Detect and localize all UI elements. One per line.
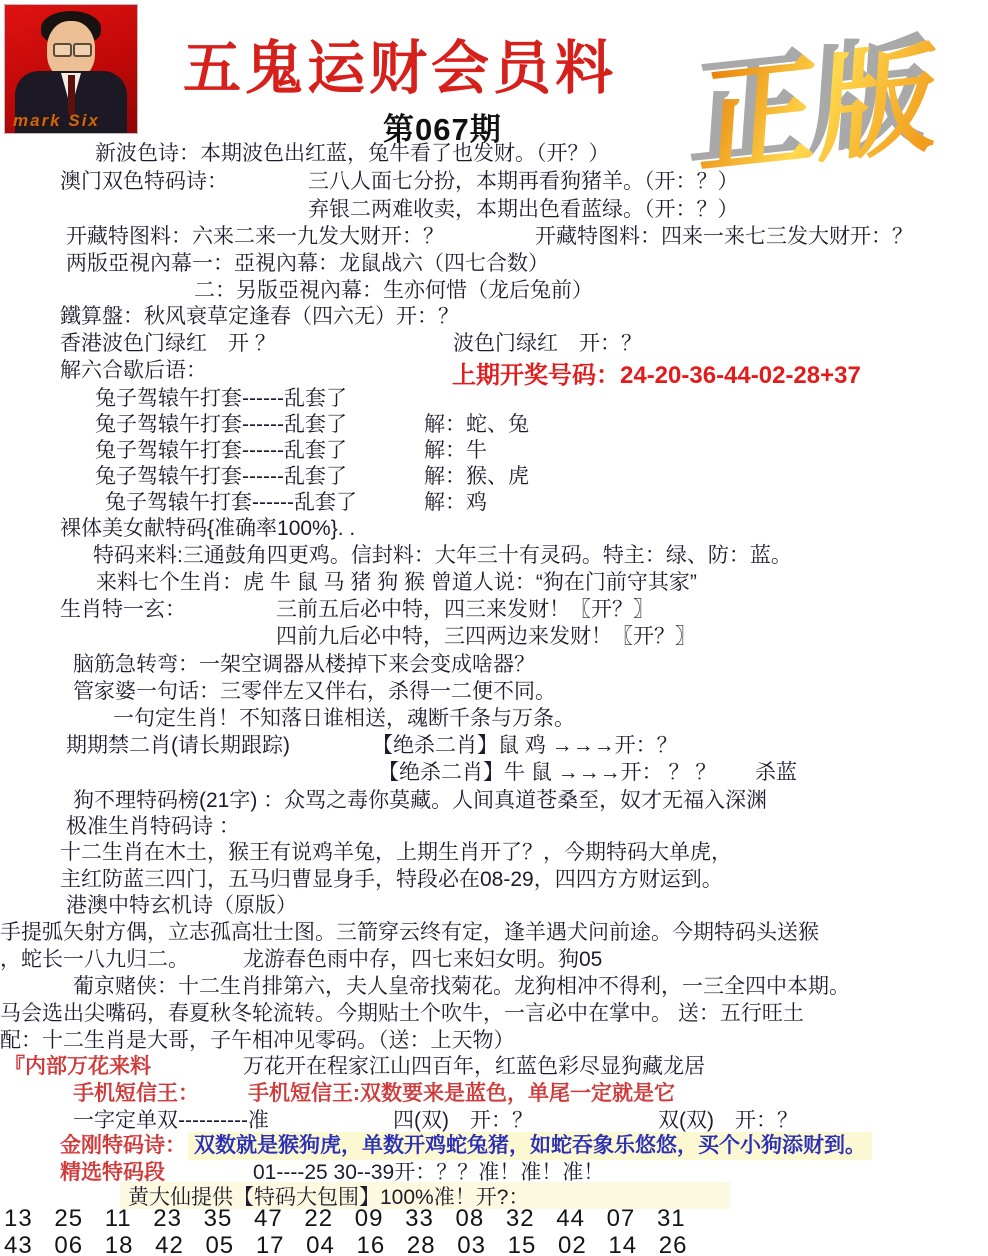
riddle-answer-4: 解：鸡 <box>424 490 487 516</box>
atv-insider-1: 两版亞視內幕一：亞視內幕：龙鼠战六（四七合数） <box>66 251 549 277</box>
vajra-poem: 双数就是猴狗虎，单数开鸡蛇兔猪，如蛇吞象乐悠悠，买个小狗添财到。 <box>188 1132 872 1160</box>
sms-text: 手机短信王:双数要来是蓝色，单尾一定就是它 <box>248 1081 675 1107</box>
iron-abacus: 鐵算盤：秋风衰草定逢春（四六无）开：？ <box>60 304 459 330</box>
riddle-line-5: 兔子驾辕午打套------乱套了 <box>105 490 357 516</box>
brain-teaser: 脑筋急转弯：一架空调器从楼掉下来会变成啥器？ <box>73 652 535 678</box>
gangao-header: 港澳中特玄机诗（原版） <box>66 893 297 919</box>
riddle-line-1: 兔子驾辕午打套------乱套了 <box>95 386 347 412</box>
photo-watermark: mark Six <box>13 111 133 131</box>
internal-label: 『内部万花来料 <box>4 1054 151 1080</box>
hk-wave-right: 波色门绿红 开：？ <box>453 331 642 357</box>
last-draw-numbers: 上期开奖号码：24-20-36-44-02-28+37 <box>452 363 861 389</box>
housekeeper-words: 管家婆一句话：三零伴左又伴右，杀得一二便不同。 <box>73 679 556 705</box>
glasses-icon <box>53 43 89 53</box>
atv-insider-2: 二：另版亞視內幕：生亦何惜（龙后兔前） <box>194 278 593 304</box>
nude-special: 裸体美女献特码{准确率100%}. . <box>60 516 355 542</box>
macau-poem-1: 三八人面七分扮，本期再看狗猪羊。（开：？） <box>308 169 739 195</box>
zodiac-mystery-2: 四前九后必中特，三四两边来发财！〖开？〗 <box>276 624 696 650</box>
edition-badge-text: 正版 <box>696 39 943 186</box>
one-sentence-zodiac: 一句定生肖！不知落日谁相送，魂断千条与万条。 <box>113 706 575 732</box>
vajra-label: 金刚特码诗： <box>60 1133 186 1159</box>
kaicang-right: 开藏特图料：四来一来七三发大财开：？ <box>535 224 913 250</box>
riddle-answer-3: 解：猴、虎 <box>424 464 529 490</box>
riddle-line-3: 兔子驾辕午打套------乱套了 <box>95 438 347 464</box>
odd-even-mid: 四(双) 开：？ <box>393 1108 533 1134</box>
odd-even-right: 双(双) 开：？ <box>658 1108 798 1134</box>
portrait-photo: mark Six <box>4 4 138 134</box>
seven-zodiac: 来料七个生肖：虎 牛 鼠 马 猪 狗 猴 曾道人说：“狗在门前守其家” <box>96 570 697 596</box>
portrait-tie <box>68 75 75 115</box>
zodiac-mystery-1: 三前五后必中特，四三来发财！〖开？〗 <box>276 597 654 623</box>
accurate-poem-2: 主红防蓝三四门，五马归曹显身手，特段必在08-29，四四方方财运到。 <box>60 867 723 893</box>
hk-wave-left: 香港波色门绿红 开 ？ <box>60 331 276 357</box>
riddle-line-2: 兔子驾辕午打套------乱套了 <box>95 412 347 438</box>
numbers-row-2: 43 06 18 42 05 17 04 16 28 03 15 02 14 2… <box>4 1233 687 1256</box>
accurate-poem-1: 十二生肖在木土，猴王有说鸡羊兔，上期生肖开了？，今期特码大单虎， <box>60 840 732 866</box>
riddle-answer-2: 解：牛 <box>424 438 487 464</box>
tip-sheet-page: mark Six 五鬼运财会员料 第067期 正版 正版 新波色诗：本期波色出红… <box>0 0 988 1256</box>
zodiac-mystery-label: 生肖特一玄： <box>60 597 186 623</box>
pujing-2: 马会选出尖嘴码，春夏秋冬轮流转。今期贴土个吹牛，一言必中在掌中。 送：五行旺土 <box>0 1001 804 1027</box>
gangao-poem-1: 手提弧矢射方偶，立志孤高壮士图。三箭穿云终有定，逢羊遇犬问前途。今期特码头送猴 <box>0 920 819 946</box>
special-source: 特码来料:三通鼓角四更鸡。信封料：大年三十有灵码。特主：绿、防：蓝。 <box>93 543 792 569</box>
kill-two-2: 【绝杀二肖】牛 鼠 →→→开： ？ ？ <box>378 760 716 786</box>
ban-two-label: 期期禁二肖(请长期跟踪) <box>66 733 290 759</box>
page-title: 五鬼运财会员料 <box>183 38 617 100</box>
internal-text: 万花开在程家江山四百年，红蓝色彩尽显狗藏龙居 <box>243 1054 705 1080</box>
macau-label: 澳门双色特码诗： <box>60 169 228 195</box>
pujing-gambler: 葡京赌侠：十二生肖排第六，夫人皇帝找菊花。龙狗相冲不得利，一三全四中本期。 <box>73 974 850 1000</box>
odd-even: 一字定单双----------准 <box>73 1108 269 1134</box>
gangao-poem-2a: ，蛇长一八九归二。 <box>0 947 189 973</box>
gangao-poem-2b: 龙游春色雨中存，四七来妇女明。狗05 <box>243 947 602 973</box>
riddle-line-4: 兔子驾辕午打套------乱套了 <box>95 464 347 490</box>
kill-two-1: 【绝杀二肖】鼠 鸡 →→→开：？ <box>372 733 678 759</box>
macau-poem-2: 弃银二两难收卖，本期出色看蓝绿。（开：？） <box>308 197 739 223</box>
kaicang-left: 开藏特图料：六来二来一九发大财开：？ <box>66 224 444 250</box>
accurate-poem-header: 极准生肖特码诗 ： <box>66 814 240 840</box>
new-wave-poem: 新波色诗：本期波色出红蓝，兔牛看了也发财。（开？） <box>95 141 610 167</box>
pujing-3: 配：十二生肖是大哥，子午相冲见零码。（送：上天物） <box>0 1028 515 1054</box>
numbers-row-1: 13 25 11 23 35 47 22 09 33 08 32 44 07 3… <box>4 1206 686 1232</box>
riddle-answer-1: 解：蛇、兔 <box>424 412 529 438</box>
kill-blue: 杀蓝 <box>755 760 797 786</box>
goubuli-board: 狗不理特码榜(21字) ：众骂之毒你莫藏。人间真道苍桑至，奴才无福入深渊 <box>73 788 767 814</box>
riddle-header: 解六合歇后语： <box>60 358 207 384</box>
sms-label: 手机短信王： <box>73 1081 199 1107</box>
